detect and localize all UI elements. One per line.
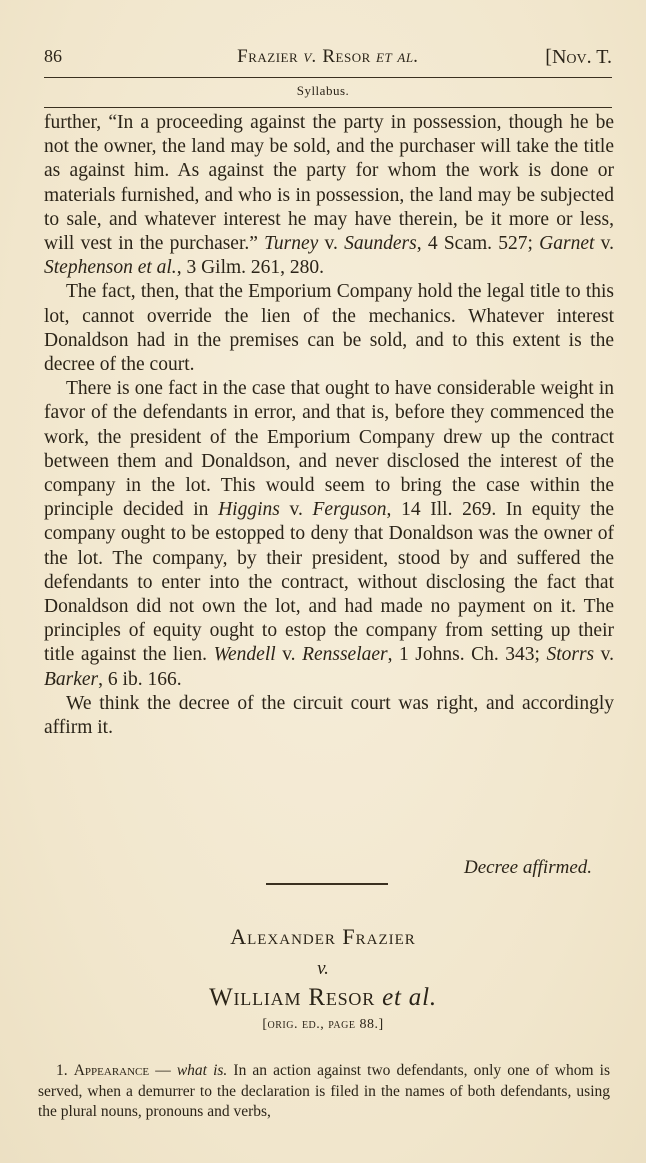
decree-affirmed: Decree affirmed. [464,857,592,879]
paragraph-text: , 14 Ill. 269. In equity the company oug… [44,499,614,665]
versus: v. [276,644,302,665]
headnote-number: 1. [56,1062,74,1079]
case-name: Turney [264,233,318,254]
headnote-heading: Appearance [74,1062,149,1079]
opinion-body: further, “In a proceeding against the pa… [44,111,614,740]
citation: , 3 Gilm. 261, 280. [177,257,324,278]
running-title-v: v. [303,46,317,67]
case-separator-rule [266,883,388,885]
running-title-etal: et al. [376,46,419,67]
versus: v. [318,233,344,254]
running-head: 86 Frazier v. Resor et al. [Nov. T. [44,44,612,68]
term-label: [Nov. T. [545,46,612,69]
paragraph-1: further, “In a proceeding against the pa… [44,111,614,280]
original-edition-page: [orig. ed., page 88.] [0,1017,646,1033]
case-name: Higgins [218,499,280,520]
running-title: Frazier v. Resor et al. [44,46,612,68]
case-name: Saunders [344,233,417,254]
headnote-dash: — [149,1062,177,1079]
header-rule-top [44,77,612,78]
paragraph-3: There is one fact in the case that ought… [44,377,614,692]
defendant-etal: et al. [382,984,437,1011]
case-name: Rensselaer [302,644,388,665]
defendant-name: William Resor [209,984,375,1011]
case-name: Storrs [546,644,594,665]
next-case-defendant: William Resor et al. [0,984,646,1012]
next-case-versus: v. [0,958,646,980]
case-name: Stephenson et al. [44,257,177,278]
headnote-1: 1. Appearance — what is. In an action ag… [38,1061,610,1123]
versus: v. [280,499,313,520]
citation: , 6 ib. 166. [98,669,181,690]
case-name: Wendell [214,644,276,665]
document-page: 86 Frazier v. Resor et al. [Nov. T. Syll… [0,0,646,1163]
versus: v. [594,233,614,254]
paragraph-4: We think the decree of the circuit court… [44,692,614,740]
case-name: Barker [44,669,98,690]
case-name: Garnet [539,233,594,254]
header-rule-bottom [44,107,612,108]
case-name: Ferguson [313,499,387,520]
running-title-plaintiff: Frazier [237,46,298,67]
next-case-plaintiff: Alexander Frazier [0,924,646,950]
headnote-subheading: what is. [177,1062,227,1079]
versus: v. [594,644,614,665]
running-title-defendant: Resor [322,46,370,67]
paragraph-2: The fact, then, that the Emporium Compan… [44,280,614,377]
syllabus-headnote: 1. Appearance — what is. In an action ag… [38,1061,610,1123]
citation: , 1 Johns. Ch. 343; [388,644,547,665]
section-label: Syllabus. [0,83,646,99]
citation: , 4 Scam. 527; [417,233,539,254]
